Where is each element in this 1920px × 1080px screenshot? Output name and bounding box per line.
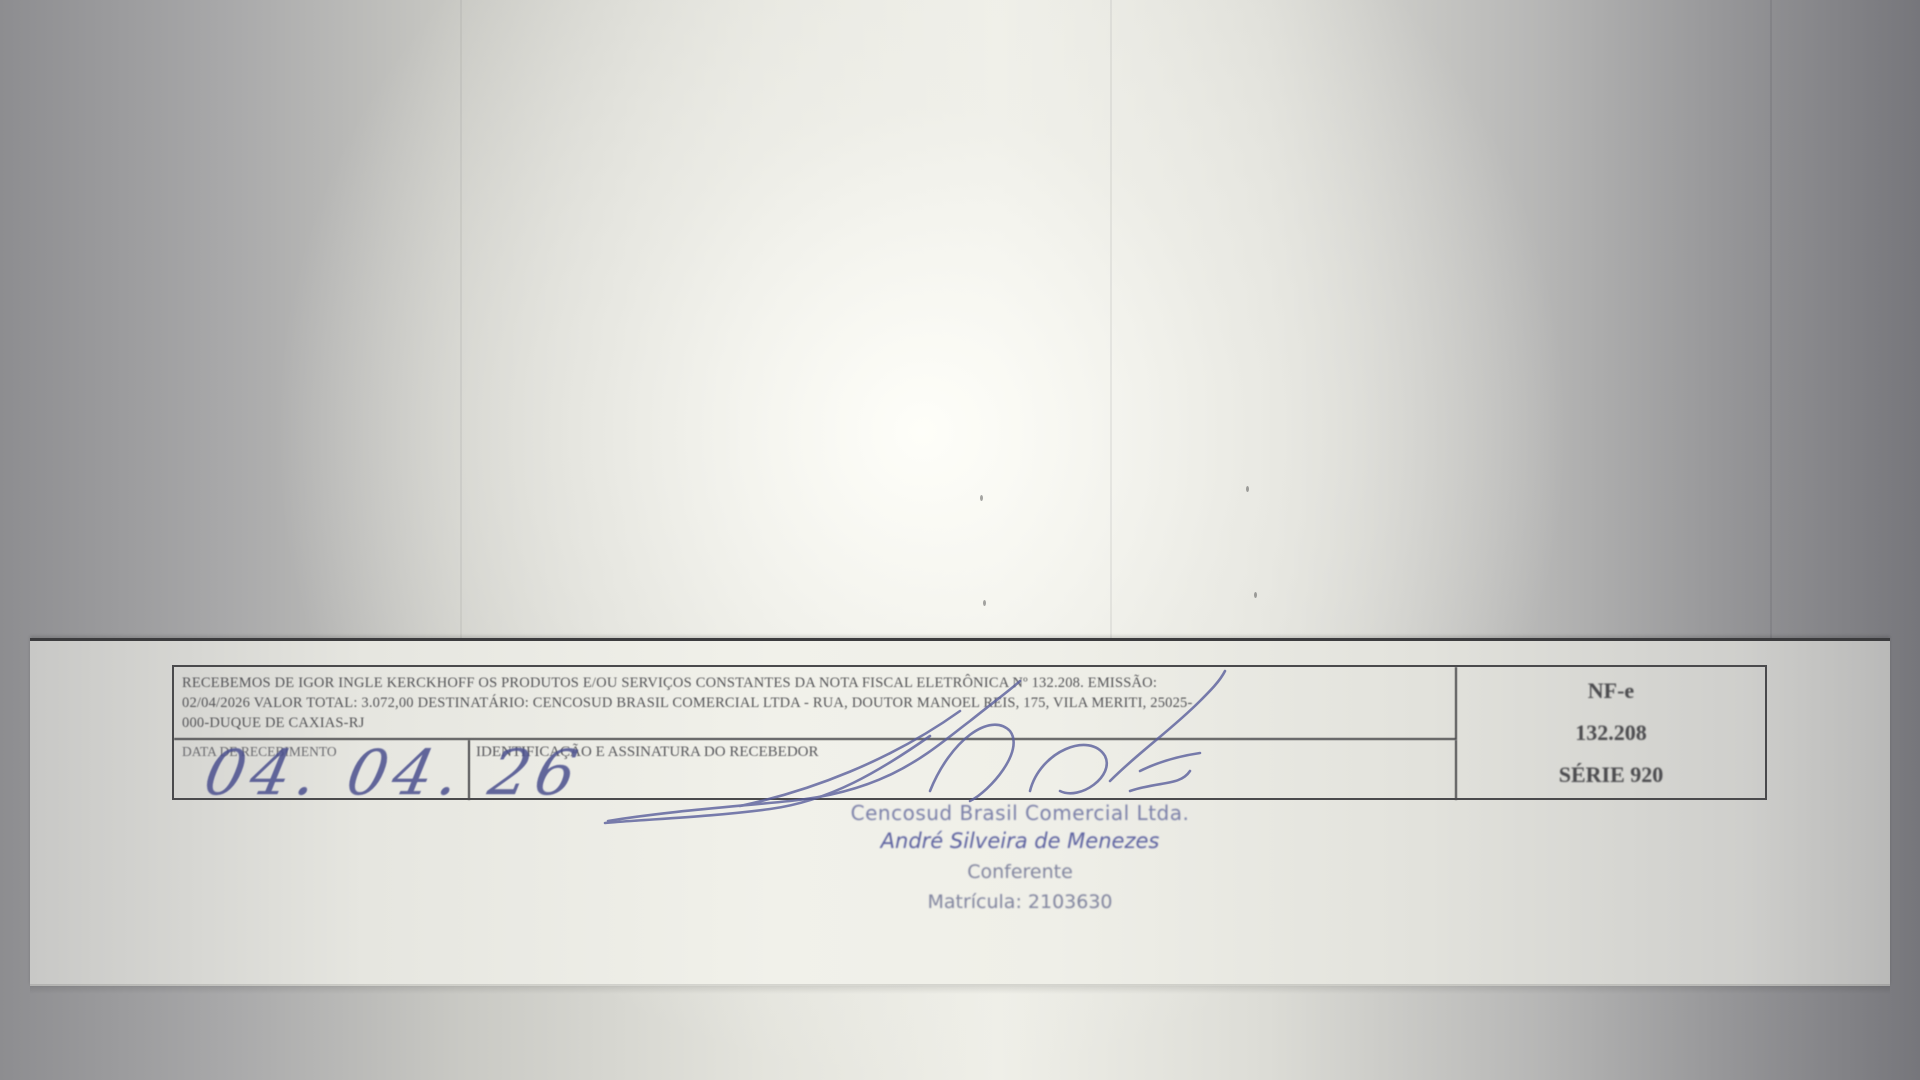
handwritten-date: 04. 04. 26 [198,736,589,809]
stamp-registration: Matrícula: 2103630 [770,891,1270,913]
receipt-line-3: 000-DUQUE DE CAXIAS-RJ [182,713,1447,733]
receipt-stub: RECEBEMOS DE IGOR INGLE KERCKHOFF OS PRO… [30,638,1890,986]
receipt-declaration: RECEBEMOS DE IGOR INGLE KERCKHOFF OS PRO… [174,667,1457,740]
receipt-line-1: RECEBEMOS DE IGOR INGLE KERCKHOFF OS PRO… [182,673,1447,693]
paper-fold-line [460,0,462,640]
stamp-role: Conferente [770,861,1270,883]
stamp-company: Cencosud Brasil Comercial Ltda. [770,801,1270,825]
receipt-line-2: 02/04/2026 VALOR TOTAL: 3.072,00 DESTINA… [182,693,1447,713]
paper-speck [983,600,986,606]
paper-speck [980,495,983,501]
paper-speck [1246,486,1249,492]
nfe-series: SÉRIE 920 [1559,754,1664,796]
paper-fold-line [1110,0,1112,640]
signature-field: IDENTIFICAÇÃO E ASSINATURA DO RECEBEDOR [470,740,1457,800]
nfe-number: 132.208 [1575,712,1647,754]
receiver-stamp: Cencosud Brasil Comercial Ltda. André Si… [770,801,1270,913]
nfe-box: NF-e 132.208 SÉRIE 920 [1457,667,1765,798]
paper-speck [1254,592,1257,598]
nfe-title: NF-e [1588,670,1634,712]
paper-fold-line [1770,0,1772,640]
stamp-name: André Silveira de Menezes [770,829,1270,853]
